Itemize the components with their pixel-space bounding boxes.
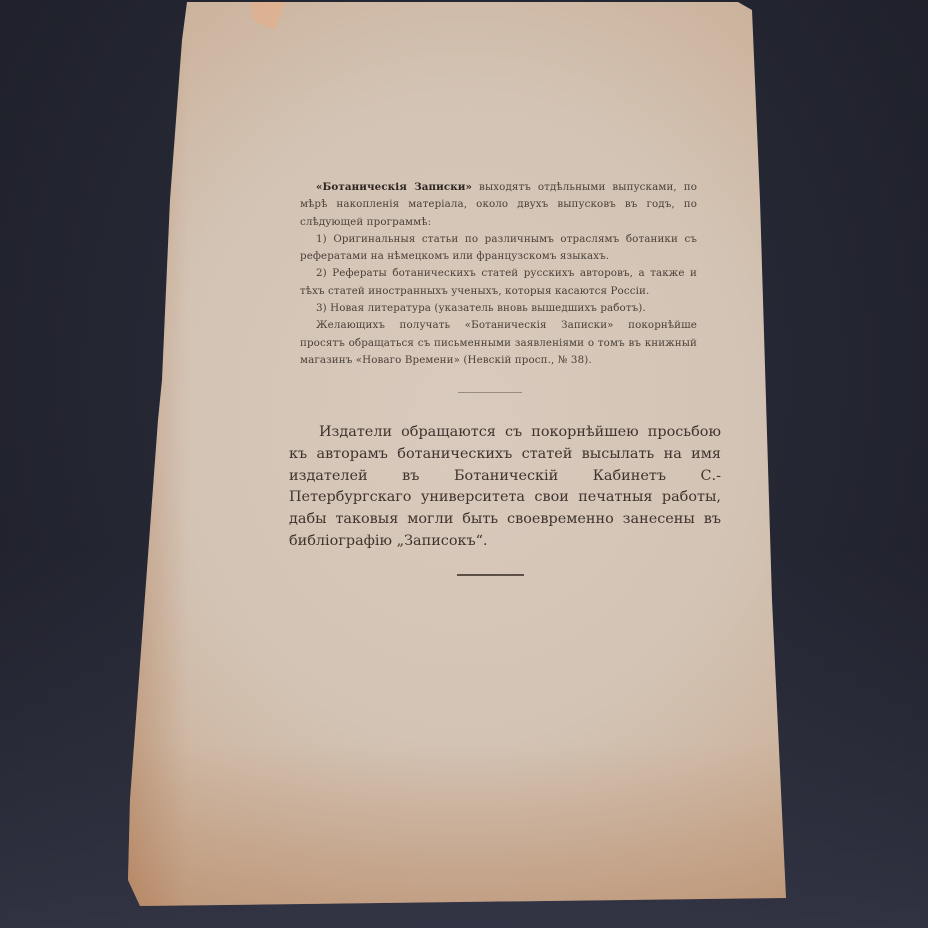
program-item-1: 1) Оригинальныя статьи по различнымъ отр… bbox=[300, 231, 697, 266]
publishers-request-text: Издатели обращаются съ покорнѣйшею прось… bbox=[289, 422, 721, 553]
journal-title: «Ботаническія Записки» bbox=[316, 181, 472, 193]
publishers-request-block: Издатели обращаются съ покорнѣйшею прось… bbox=[289, 422, 721, 553]
divider-line bbox=[457, 574, 524, 576]
divider-line bbox=[458, 392, 522, 393]
torn-corner bbox=[250, 0, 286, 30]
publication-info-block: «Ботаническія Записки» выходятъ отдѣльны… bbox=[300, 179, 697, 369]
program-item-3: 3) Новая литература (указатель вновь выш… bbox=[300, 300, 697, 317]
subscription-paragraph: Желающихъ получать «Ботаническія Записки… bbox=[300, 317, 697, 369]
program-item-2: 2) Рефераты ботаническихъ статей русских… bbox=[300, 265, 697, 300]
intro-paragraph: «Ботаническія Записки» выходятъ отдѣльны… bbox=[300, 179, 697, 231]
